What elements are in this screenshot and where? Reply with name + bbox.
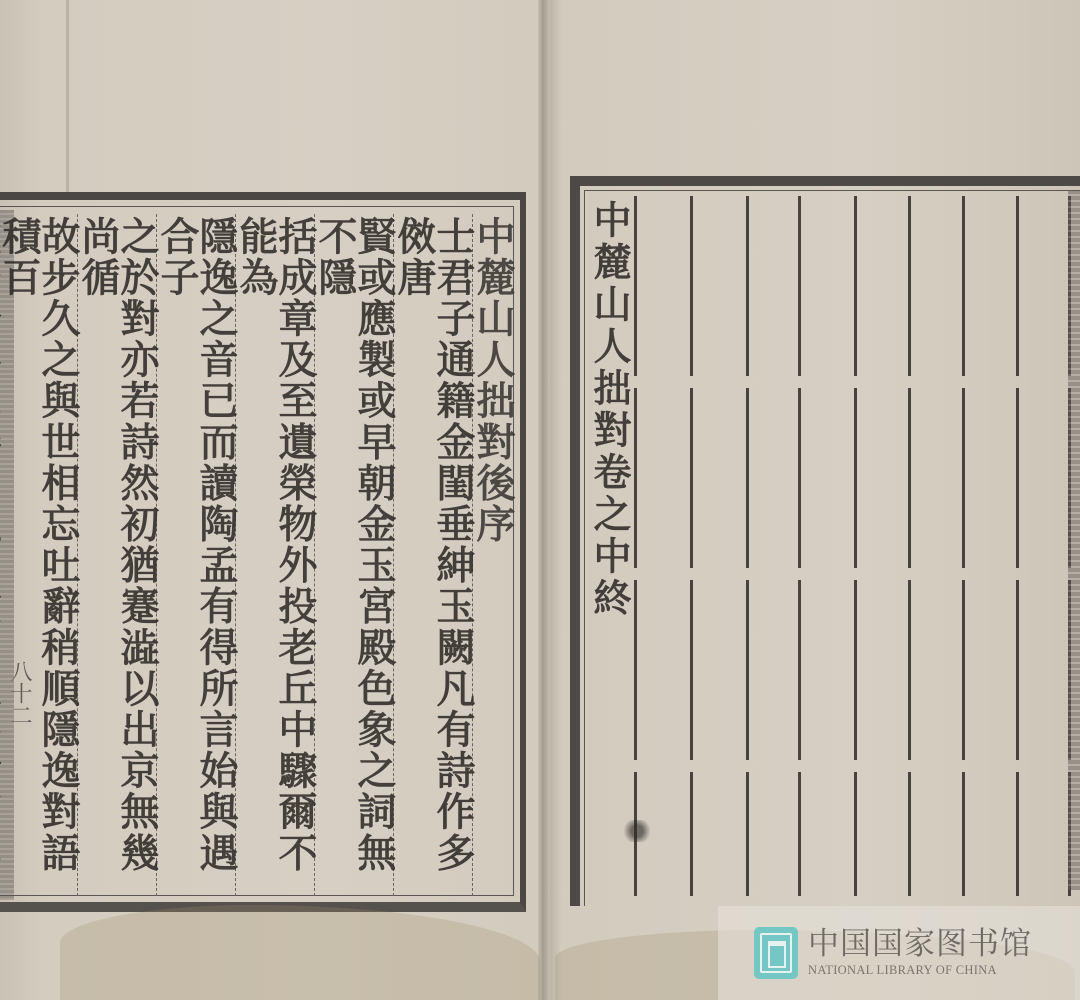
right-page: 中麓山人拙對卷之中終 (545, 0, 1080, 1000)
column-text: 隱逸之音已而讀陶孟有得所言始與遇合子 (157, 216, 235, 896)
water-stain (60, 905, 540, 1000)
left-page-print-frame: 中麓山人拙對後序 士君子通籍金閨垂紳玉闕凡有詩作多傚唐 賢或應製或早朝金玉宮殿色… (0, 192, 526, 912)
column-rule (746, 196, 749, 896)
column-text: 士君子通籍金閨垂紳玉闕凡有詩作多傚唐 (394, 216, 472, 896)
national-library-logo-icon (754, 927, 798, 979)
juan-end-title: 中麓山人拙對卷之中終 (590, 200, 628, 620)
text-column: 之於對亦若詩然初猶蹇澁以出京無幾尚循 (77, 214, 156, 896)
seal-stamp-mark (621, 820, 653, 842)
column-text: 之於對亦若詩然初猶蹇澁以出京無幾尚循 (78, 216, 156, 896)
book-spread: 八十二 中麓山人拙對後序 士君子通籍金閨垂紳玉闕凡有詩作多傚唐 賢或應製或早朝金… (0, 0, 1080, 1000)
right-page-print-frame: 中麓山人拙對卷之中終 (570, 176, 1080, 906)
page-fold-crease (66, 0, 69, 200)
text-column: 故步久之與世相忘吐辭稍順隱逸對語積百 (0, 214, 77, 896)
ruled-columns: 中麓山人拙對卷之中終 (586, 190, 1080, 896)
column-rule (1016, 196, 1019, 896)
library-watermark: 中国国家图书馆 NATIONAL LIBRARY OF CHINA (718, 906, 1080, 1000)
watermark-text: 中国国家图书馆 NATIONAL LIBRARY OF CHINA (808, 928, 1032, 979)
text-column: 士君子通籍金閨垂紳玉闕凡有詩作多傚唐 (393, 214, 472, 896)
watermark-name-cn: 中国国家图书馆 (808, 928, 1032, 961)
column-text: 賢或應製或早朝金玉宮殿色象之詞無不隱 (315, 216, 393, 896)
column-rule (908, 196, 911, 896)
text-column: 括成章及至遺榮物外投老丘中驟爾不能為 (235, 214, 314, 896)
column-rule (854, 196, 857, 896)
column-text: 括成章及至遺榮物外投老丘中驟爾不能為 (236, 216, 314, 896)
postface-text-columns: 中麓山人拙對後序 士君子通籍金閨垂紳玉闕凡有詩作多傚唐 賢或應製或早朝金玉宮殿色… (8, 214, 512, 896)
next-page-edge (1068, 190, 1080, 890)
column-text: 故步久之與世相忘吐辭稍順隱逸對語積百 (0, 216, 77, 896)
text-column: 賢或應製或早朝金玉宮殿色象之詞無不隱 (314, 214, 393, 896)
column-rule (962, 196, 965, 896)
column-rule (798, 196, 801, 896)
column-rule (634, 196, 637, 896)
left-page: 八十二 中麓山人拙對後序 士君子通籍金閨垂紳玉闕凡有詩作多傚唐 賢或應製或早朝金… (0, 0, 540, 1000)
juan-end-title-column: 中麓山人拙對卷之中終 (590, 200, 632, 624)
postface-title: 中麓山人拙對後序 (473, 216, 512, 545)
text-column-title: 中麓山人拙對後序 (472, 214, 512, 896)
watermark-name-en: NATIONAL LIBRARY OF CHINA (808, 963, 1032, 978)
text-column: 隱逸之音已而讀陶孟有得所言始與遇合子 (156, 214, 235, 896)
column-rule (690, 196, 693, 896)
